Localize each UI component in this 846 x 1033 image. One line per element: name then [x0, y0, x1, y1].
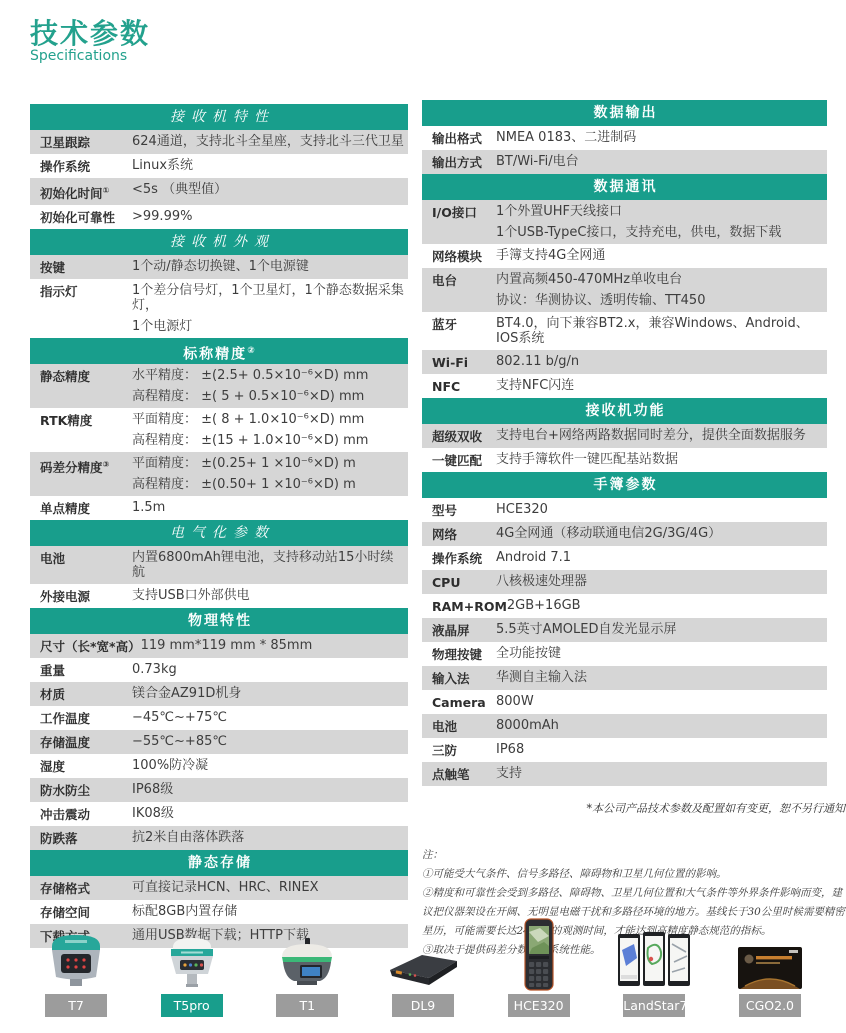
spec-value: 0.73kg: [132, 662, 404, 677]
section-title: 物理特性: [188, 613, 252, 629]
spec-row: 点触笔支持: [422, 762, 827, 786]
spec-value-line: 100%防冷凝: [132, 758, 404, 773]
spec-value: 5.5英寸AMOLED自发光显示屏: [496, 622, 823, 637]
spec-label: 输入法: [432, 670, 496, 686]
spec-row: 初始化可靠性>99.99%: [30, 205, 408, 229]
section-title: 数据通讯: [594, 179, 658, 195]
spec-value-line: 抗2米自由落体跌落: [132, 830, 404, 845]
spec-label: 输出方式: [432, 154, 496, 170]
spec-value: 抗2米自由落体跌落: [132, 830, 404, 845]
spec-label: Camera: [432, 694, 496, 710]
spec-label: 电台: [432, 272, 496, 288]
spec-value-line: 1个差分信号灯，1个卫星灯，1个静态数据采集灯，: [132, 283, 404, 313]
spec-value-line: BT/Wi-Fi/电台: [496, 154, 823, 169]
spec-value-line: 平面精度： ±(0.25+ 1 ×10⁻⁶×D) m: [132, 456, 404, 471]
section-header: 电气化参数: [30, 520, 408, 546]
product-item-t7[interactable]: T7: [24, 928, 128, 1020]
note-item: ①可能受大气条件、信号多路径、障碍物和卫星几何位置的影响。: [422, 865, 845, 884]
product-tab-hce320[interactable]: HCE320: [508, 994, 570, 1017]
spec-label: 蓝牙: [432, 316, 496, 332]
spec-label: 尺寸（长*宽*高）: [40, 638, 141, 654]
receiver-t1-image[interactable]: [273, 928, 341, 992]
spec-value: Linux系统: [132, 158, 404, 173]
section-title: 静态存储: [188, 855, 252, 871]
spec-value: HCE320: [496, 502, 823, 517]
spec-row: Camera800W: [422, 690, 827, 714]
product-tab-landstar7[interactable]: LandStar7: [623, 994, 685, 1017]
spec-value: 100%防冷凝: [132, 758, 404, 773]
spec-row: 尺寸（长*宽*高）119 mm*119 mm * 85mm: [30, 634, 408, 658]
spec-value-line: Android 7.1: [496, 550, 823, 565]
spec-value: −55℃~+85℃: [132, 734, 404, 749]
spec-value: 4G全网通（移动联通电信2G/3G/4G）: [496, 526, 823, 541]
spec-label: 电池: [432, 718, 496, 734]
spec-value-line: BT4.0，向下兼容BT2.x，兼容Windows、Android、IOS系统: [496, 316, 823, 346]
product-item-t5pro[interactable]: T5pro: [140, 928, 244, 1020]
spec-row: 指示灯1个差分信号灯，1个卫星灯，1个静态数据采集灯，1个电源灯: [30, 279, 408, 338]
spec-label: 液晶屏: [432, 622, 496, 638]
spec-value-line: 平面精度： ±( 8 + 1.0×10⁻⁶×D) mm: [132, 412, 404, 427]
section-title: 接收机特性: [170, 109, 275, 125]
spec-label: 三防: [432, 742, 496, 758]
spec-label: 点触笔: [432, 766, 496, 782]
spec-row: 电池内置6800mAh锂电池，支持移动站15小时续航: [30, 546, 408, 584]
controller-hce320-image[interactable]: [520, 928, 558, 992]
spec-value-line: 1个电源灯: [132, 319, 404, 334]
spec-value: BT/Wi-Fi/电台: [496, 154, 823, 169]
spec-row: 静态精度水平精度： ±(2.5+ 0.5×10⁻⁶×D) mm高程精度： ±( …: [30, 364, 408, 408]
spec-row: 湿度100%防冷凝: [30, 754, 408, 778]
spec-value-line: −45℃~+75℃: [132, 710, 404, 725]
product-item-hce320[interactable]: HCE320: [487, 928, 591, 1020]
spec-row: 一键匹配支持手簿软件一键匹配基站数据: [422, 448, 827, 472]
page-title: 技术参数: [30, 12, 150, 52]
spec-row: 按键1个动/静态切换键、1个电源键: [30, 255, 408, 279]
spec-value: 平面精度： ±( 8 + 1.0×10⁻⁶×D) mm高程精度： ±(15 + …: [132, 412, 404, 448]
product-selector-strip: T7T5proT1DL9HCE320LandStar7CGO2.0: [0, 928, 846, 1020]
spec-value: 平面精度： ±(0.25+ 1 ×10⁻⁶×D) m高程精度： ±(0.50+ …: [132, 456, 404, 492]
spec-row: 存储温度−55℃~+85℃: [30, 730, 408, 754]
spec-column-left: 接收机特性卫星跟踪624通道，支持北斗全星座，支持北斗三代卫星操作系统Linux…: [30, 104, 408, 948]
section-title: 标称精度: [183, 347, 247, 363]
spec-value: 1个动/静态切换键、1个电源键: [132, 259, 404, 274]
spec-value-line: 8000mAh: [496, 718, 823, 733]
page-subtitle: Specifications: [30, 48, 127, 64]
spec-label: 一键匹配: [432, 452, 496, 468]
spec-label: 存储格式: [40, 880, 132, 896]
spec-value-line: 2GB+16GB: [507, 598, 823, 613]
spec-value: 624通道，支持北斗全星座，支持北斗三代卫星: [132, 134, 404, 149]
spec-row: 初始化时间①<5s （典型值）: [30, 178, 408, 205]
spec-value: 内置6800mAh锂电池，支持移动站15小时续航: [132, 550, 404, 580]
product-tab-t7[interactable]: T7: [45, 994, 107, 1017]
spec-value-line: 全功能按键: [496, 646, 823, 661]
spec-value: 2GB+16GB: [507, 598, 823, 613]
spec-row: 外接电源支持USB口外部供电: [30, 584, 408, 608]
spec-label: 输出格式: [432, 130, 496, 146]
spec-value: 镁合金AZ91D机身: [132, 686, 404, 701]
spec-value: 支持: [496, 766, 823, 781]
receiver-t7-image[interactable]: [45, 928, 107, 992]
spec-value: 可直接记录HCN、HRC、RINEX: [132, 880, 404, 895]
spec-row: 码差分精度③平面精度： ±(0.25+ 1 ×10⁻⁶×D) m高程精度： ±(…: [30, 452, 408, 496]
spec-row: 卫星跟踪624通道，支持北斗全星座，支持北斗三代卫星: [30, 130, 408, 154]
spec-row: 蓝牙BT4.0，向下兼容BT2.x，兼容Windows、Android、IOS系…: [422, 312, 827, 350]
section-header: 接收机特性: [30, 104, 408, 130]
spec-label: 型号: [432, 502, 496, 518]
spec-value-line: 协议：华测协议、透明传输、TT450: [496, 293, 823, 308]
spec-value-line: 支持手簿软件一键匹配基站数据: [496, 452, 823, 467]
spec-label: 网络模块: [432, 248, 496, 264]
spec-row: I/O接口1个外置UHF天线接口1个USB-TypeC接口，支持充电，供电，数据…: [422, 200, 827, 244]
spec-value-line: 1个动/静态切换键、1个电源键: [132, 259, 404, 274]
section-header: 物理特性: [30, 608, 408, 634]
spec-label: 湿度: [40, 758, 132, 774]
spec-label: RTK精度: [40, 412, 132, 428]
receiver-t5pro-image[interactable]: [163, 928, 221, 992]
spec-value: IK08级: [132, 806, 404, 821]
spec-label: 冲击震动: [40, 806, 132, 822]
spec-value-line: 800W: [496, 694, 823, 709]
spec-label: 材质: [40, 686, 132, 702]
disclaimer-footnote: *本公司产品技术参数及配置如有变更，恕不另行通知: [422, 800, 845, 816]
section-header: 接收机功能: [422, 398, 827, 424]
spec-value-line: NMEA 0183、二进制码: [496, 130, 823, 145]
spec-label: 物理按键: [432, 646, 496, 662]
spec-value: >99.99%: [132, 209, 404, 224]
spec-label: 存储温度: [40, 734, 132, 750]
spec-value-line: IK08级: [132, 806, 404, 821]
spec-value: 全功能按键: [496, 646, 823, 661]
spec-value: 8000mAh: [496, 718, 823, 733]
section-header: 标称精度②: [30, 338, 408, 364]
spec-value: 八核极速处理器: [496, 574, 823, 589]
spec-label-superscript: ③: [103, 460, 110, 469]
spec-value: 支持电台+网络两路数据同时差分，提供全面数据服务: [496, 428, 823, 443]
spec-label: 防水防尘: [40, 782, 132, 798]
section-title: 电气化参数: [170, 525, 275, 541]
product-item-t1[interactable]: T1: [255, 928, 359, 1020]
product-tab-dl9[interactable]: DL9: [392, 994, 454, 1017]
spec-value: <5s （典型值）: [132, 182, 404, 197]
spec-label: 重量: [40, 662, 132, 678]
spec-value-line: 高程精度： ±( 5 + 0.5×10⁻⁶×D) mm: [132, 389, 404, 404]
spec-label: 初始化时间①: [40, 182, 132, 201]
spec-value-line: 高程精度： ±(0.50+ 1 ×10⁻⁶×D) m: [132, 477, 404, 492]
spec-label: 超级双收: [432, 428, 496, 444]
spec-value: 支持手簿软件一键匹配基站数据: [496, 452, 823, 467]
spec-value: 内置高频450-470MHz单收电台协议：华测协议、透明传输、TT450: [496, 272, 823, 308]
spec-label: 工作温度: [40, 710, 132, 726]
spec-row: 输出方式BT/Wi-Fi/电台: [422, 150, 827, 174]
software-cgo20-image[interactable]: [737, 928, 803, 992]
spec-value: 水平精度： ±(2.5+ 0.5×10⁻⁶×D) mm高程精度： ±( 5 + …: [132, 368, 404, 404]
notes-label: 注：: [422, 846, 845, 865]
spec-value-line: 1.5m: [132, 500, 404, 515]
spec-label: I/O接口: [432, 204, 496, 220]
spec-value: BT4.0，向下兼容BT2.x，兼容Windows、Android、IOS系统: [496, 316, 823, 346]
spec-value-line: 水平精度： ±(2.5+ 0.5×10⁻⁶×D) mm: [132, 368, 404, 383]
spec-value-line: 八核极速处理器: [496, 574, 823, 589]
section-title: 手簿参数: [594, 477, 658, 493]
spec-row: 工作温度−45℃~+75℃: [30, 706, 408, 730]
spec-label-superscript: ①: [103, 186, 110, 195]
spec-value-line: 802.11 b/g/n: [496, 354, 823, 369]
spec-row: 重量0.73kg: [30, 658, 408, 682]
spec-value-line: 手簿支持4G全网通: [496, 248, 823, 263]
spec-value-line: 标配8GB内置存储: [132, 904, 404, 919]
spec-label: Wi-Fi: [432, 354, 496, 370]
section-header: 接收机外观: [30, 229, 408, 255]
spec-label: 按键: [40, 259, 132, 275]
spec-label: 单点精度: [40, 500, 132, 516]
spec-row: RAM+ROM2GB+16GB: [422, 594, 827, 618]
spec-row: 物理按键全功能按键: [422, 642, 827, 666]
spec-row: 超级双收支持电台+网络两路数据同时差分，提供全面数据服务: [422, 424, 827, 448]
spec-value-line: Linux系统: [132, 158, 404, 173]
spec-label: RAM+ROM: [432, 598, 507, 614]
spec-value: NMEA 0183、二进制码: [496, 130, 823, 145]
spec-value-line: −55℃~+85℃: [132, 734, 404, 749]
spec-label: 初始化可靠性: [40, 209, 132, 225]
spec-row: Wi-Fi802.11 b/g/n: [422, 350, 827, 374]
section-header: 数据输出: [422, 100, 827, 126]
spec-row: 输出格式NMEA 0183、二进制码: [422, 126, 827, 150]
spec-value-line: 支持电台+网络两路数据同时差分，提供全面数据服务: [496, 428, 823, 443]
spec-value: 802.11 b/g/n: [496, 354, 823, 369]
spec-row: 冲击震动IK08级: [30, 802, 408, 826]
spec-value: 手簿支持4G全网通: [496, 248, 823, 263]
spec-label: 操作系统: [40, 158, 132, 174]
spec-value-line: 1个外置UHF天线接口: [496, 204, 823, 219]
spec-value-line: 5.5英寸AMOLED自发光显示屏: [496, 622, 823, 637]
spec-value-line: HCE320: [496, 502, 823, 517]
spec-value: 标配8GB内置存储: [132, 904, 404, 919]
product-tab-t1[interactable]: T1: [276, 994, 338, 1017]
spec-label: 操作系统: [432, 550, 496, 566]
section-header: 手簿参数: [422, 472, 827, 498]
spec-value-line: 624通道，支持北斗全星座，支持北斗三代卫星: [132, 134, 404, 149]
product-item-dl9[interactable]: DL9: [371, 928, 475, 1020]
spec-label: 外接电源: [40, 588, 132, 604]
product-tab-t5pro[interactable]: T5pro: [161, 994, 223, 1017]
spec-label: 卫星跟踪: [40, 134, 132, 150]
spec-row: 材质镁合金AZ91D机身: [30, 682, 408, 706]
spec-value-line: 支持: [496, 766, 823, 781]
spec-label: 网络: [432, 526, 496, 542]
spec-value-line: 119 mm*119 mm * 85mm: [141, 638, 404, 653]
spec-row: 操作系统Android 7.1: [422, 546, 827, 570]
spec-row: 电池8000mAh: [422, 714, 827, 738]
spec-value-line: IP68级: [132, 782, 404, 797]
spec-value: Android 7.1: [496, 550, 823, 565]
spec-label: 存储空间: [40, 904, 132, 920]
spec-label: 防跌落: [40, 830, 132, 846]
product-item-landstar7[interactable]: LandStar7: [602, 928, 706, 1020]
spec-row: 存储空间标配8GB内置存储: [30, 900, 408, 924]
spec-label: 静态精度: [40, 368, 132, 384]
spec-value-line: 镁合金AZ91D机身: [132, 686, 404, 701]
spec-label: 电池: [40, 550, 132, 566]
spec-row: 输入法华测自主输入法: [422, 666, 827, 690]
spec-row: 防跌落抗2米自由落体跌落: [30, 826, 408, 850]
spec-value-line: 可直接记录HCN、HRC、RINEX: [132, 880, 404, 895]
spec-row: 单点精度1.5m: [30, 496, 408, 520]
section-header: 数据通讯: [422, 174, 827, 200]
spec-row: NFC支持NFC闪连: [422, 374, 827, 398]
section-title: 接收机外观: [170, 234, 275, 250]
spec-value-line: 内置6800mAh锂电池，支持移动站15小时续航: [132, 550, 404, 580]
spec-value: 1个外置UHF天线接口1个USB-TypeC接口，支持充电，供电，数据下载: [496, 204, 823, 240]
spec-row: 电台内置高频450-470MHz单收电台协议：华测协议、透明传输、TT450: [422, 268, 827, 312]
spec-row: 型号HCE320: [422, 498, 827, 522]
spec-value: 支持NFC闪连: [496, 378, 823, 393]
spec-value-line: 华测自主输入法: [496, 670, 823, 685]
spec-value-line: 支持NFC闪连: [496, 378, 823, 393]
spec-value-line: 支持USB口外部供电: [132, 588, 404, 603]
spec-value: 119 mm*119 mm * 85mm: [141, 638, 404, 653]
spec-column-right: 数据输出输出格式NMEA 0183、二进制码输出方式BT/Wi-Fi/电台数据通…: [422, 100, 827, 960]
spec-row: 存储格式可直接记录HCN、HRC、RINEX: [30, 876, 408, 900]
section-title-superscript: ②: [247, 346, 257, 356]
spec-row: RTK精度平面精度： ±( 8 + 1.0×10⁻⁶×D) mm高程精度： ±(…: [30, 408, 408, 452]
spec-value-line: 1个USB-TypeC接口，支持充电，供电，数据下载: [496, 225, 823, 240]
spec-value-line: 高程精度： ±(15 + 1.0×10⁻⁶×D) mm: [132, 433, 404, 448]
section-title: 接收机功能: [586, 403, 666, 419]
spec-value-line: <5s （典型值）: [132, 182, 404, 197]
spec-row: 液晶屏5.5英寸AMOLED自发光显示屏: [422, 618, 827, 642]
spec-row: 网络模块手簿支持4G全网通: [422, 244, 827, 268]
section-title: 数据输出: [594, 105, 658, 121]
spec-value-line: IP68: [496, 742, 823, 757]
spec-row: 防水防尘IP68级: [30, 778, 408, 802]
product-item-cgo2.0[interactable]: CGO2.0: [718, 928, 822, 1020]
spec-label: 指示灯: [40, 283, 132, 299]
spec-value: IP68: [496, 742, 823, 757]
spec-row: 三防IP68: [422, 738, 827, 762]
spec-label: 码差分精度③: [40, 456, 132, 475]
spec-value-line: 4G全网通（移动联通电信2G/3G/4G）: [496, 526, 823, 541]
section-header: 静态存储: [30, 850, 408, 876]
spec-value: 1.5m: [132, 500, 404, 515]
software-landstar7-image[interactable]: [616, 928, 692, 992]
spec-row: 操作系统Linux系统: [30, 154, 408, 178]
radio-dl9-image[interactable]: [384, 928, 462, 992]
spec-value: IP68级: [132, 782, 404, 797]
spec-label: CPU: [432, 574, 496, 590]
spec-value: 1个差分信号灯，1个卫星灯，1个静态数据采集灯，1个电源灯: [132, 283, 404, 334]
spec-value: 支持USB口外部供电: [132, 588, 404, 603]
spec-value-line: >99.99%: [132, 209, 404, 224]
spec-value: 800W: [496, 694, 823, 709]
spec-value: −45℃~+75℃: [132, 710, 404, 725]
spec-label: NFC: [432, 378, 496, 394]
spec-value-line: 0.73kg: [132, 662, 404, 677]
spec-row: 网络4G全网通（移动联通电信2G/3G/4G）: [422, 522, 827, 546]
product-tab-cgo2.0[interactable]: CGO2.0: [739, 994, 801, 1017]
spec-value: 华测自主输入法: [496, 670, 823, 685]
spec-row: CPU八核极速处理器: [422, 570, 827, 594]
spec-value-line: 内置高频450-470MHz单收电台: [496, 272, 823, 287]
